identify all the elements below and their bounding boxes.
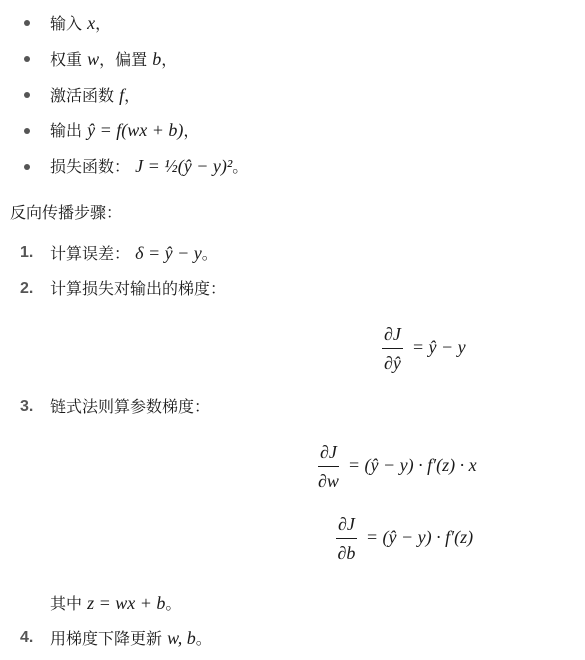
bullet-item-input: 输入 x， — [50, 13, 111, 34]
bullet-dot — [24, 128, 30, 134]
step-chain-rule: 链式法则算参数梯度： — [50, 397, 210, 417]
bullet-dot — [24, 56, 30, 62]
step-compute-error: 计算误差： δ = ŷ − y。 — [50, 243, 218, 264]
step-number: 4. — [20, 629, 33, 647]
math-x: x — [87, 13, 95, 33]
step-number: 3. — [20, 398, 33, 416]
step-gradient-descent: 用梯度下降更新 w, b。 — [50, 628, 212, 649]
bullet-item-weights: 权重 w，偏置 b， — [50, 49, 177, 70]
equation-dJ-dyhat: ∂J∂ŷ = ŷ − y — [382, 322, 466, 375]
bullet-dot — [24, 164, 30, 170]
bullet-dot — [24, 92, 30, 98]
bullet-dot — [24, 20, 30, 26]
equation-dJ-db: ∂J∂b ∂J/∂b = (ŷ − y) · f′(z) = (ŷ − y) ·… — [336, 512, 473, 565]
section-title: 反向传播步骤： — [10, 203, 122, 223]
step-output-gradient: 计算损失对输出的梯度： — [50, 279, 226, 299]
equation-dJ-dw: ∂J∂w ∂J/∂w = (ŷ − y) · f′(z) · x = (ŷ − … — [318, 440, 477, 493]
step-number: 1. — [20, 244, 33, 262]
step-note: 其中 z = wx + b。 — [50, 593, 181, 614]
step-number: 2. — [20, 280, 33, 298]
bullet-item-loss: 损失函数： J = ½(ŷ − y)²。 — [50, 156, 248, 177]
bullet-item-output: 输出 ŷ = f(wx + b)， — [50, 120, 199, 141]
bullet-item-activation: 激活函数 f， — [50, 85, 140, 106]
